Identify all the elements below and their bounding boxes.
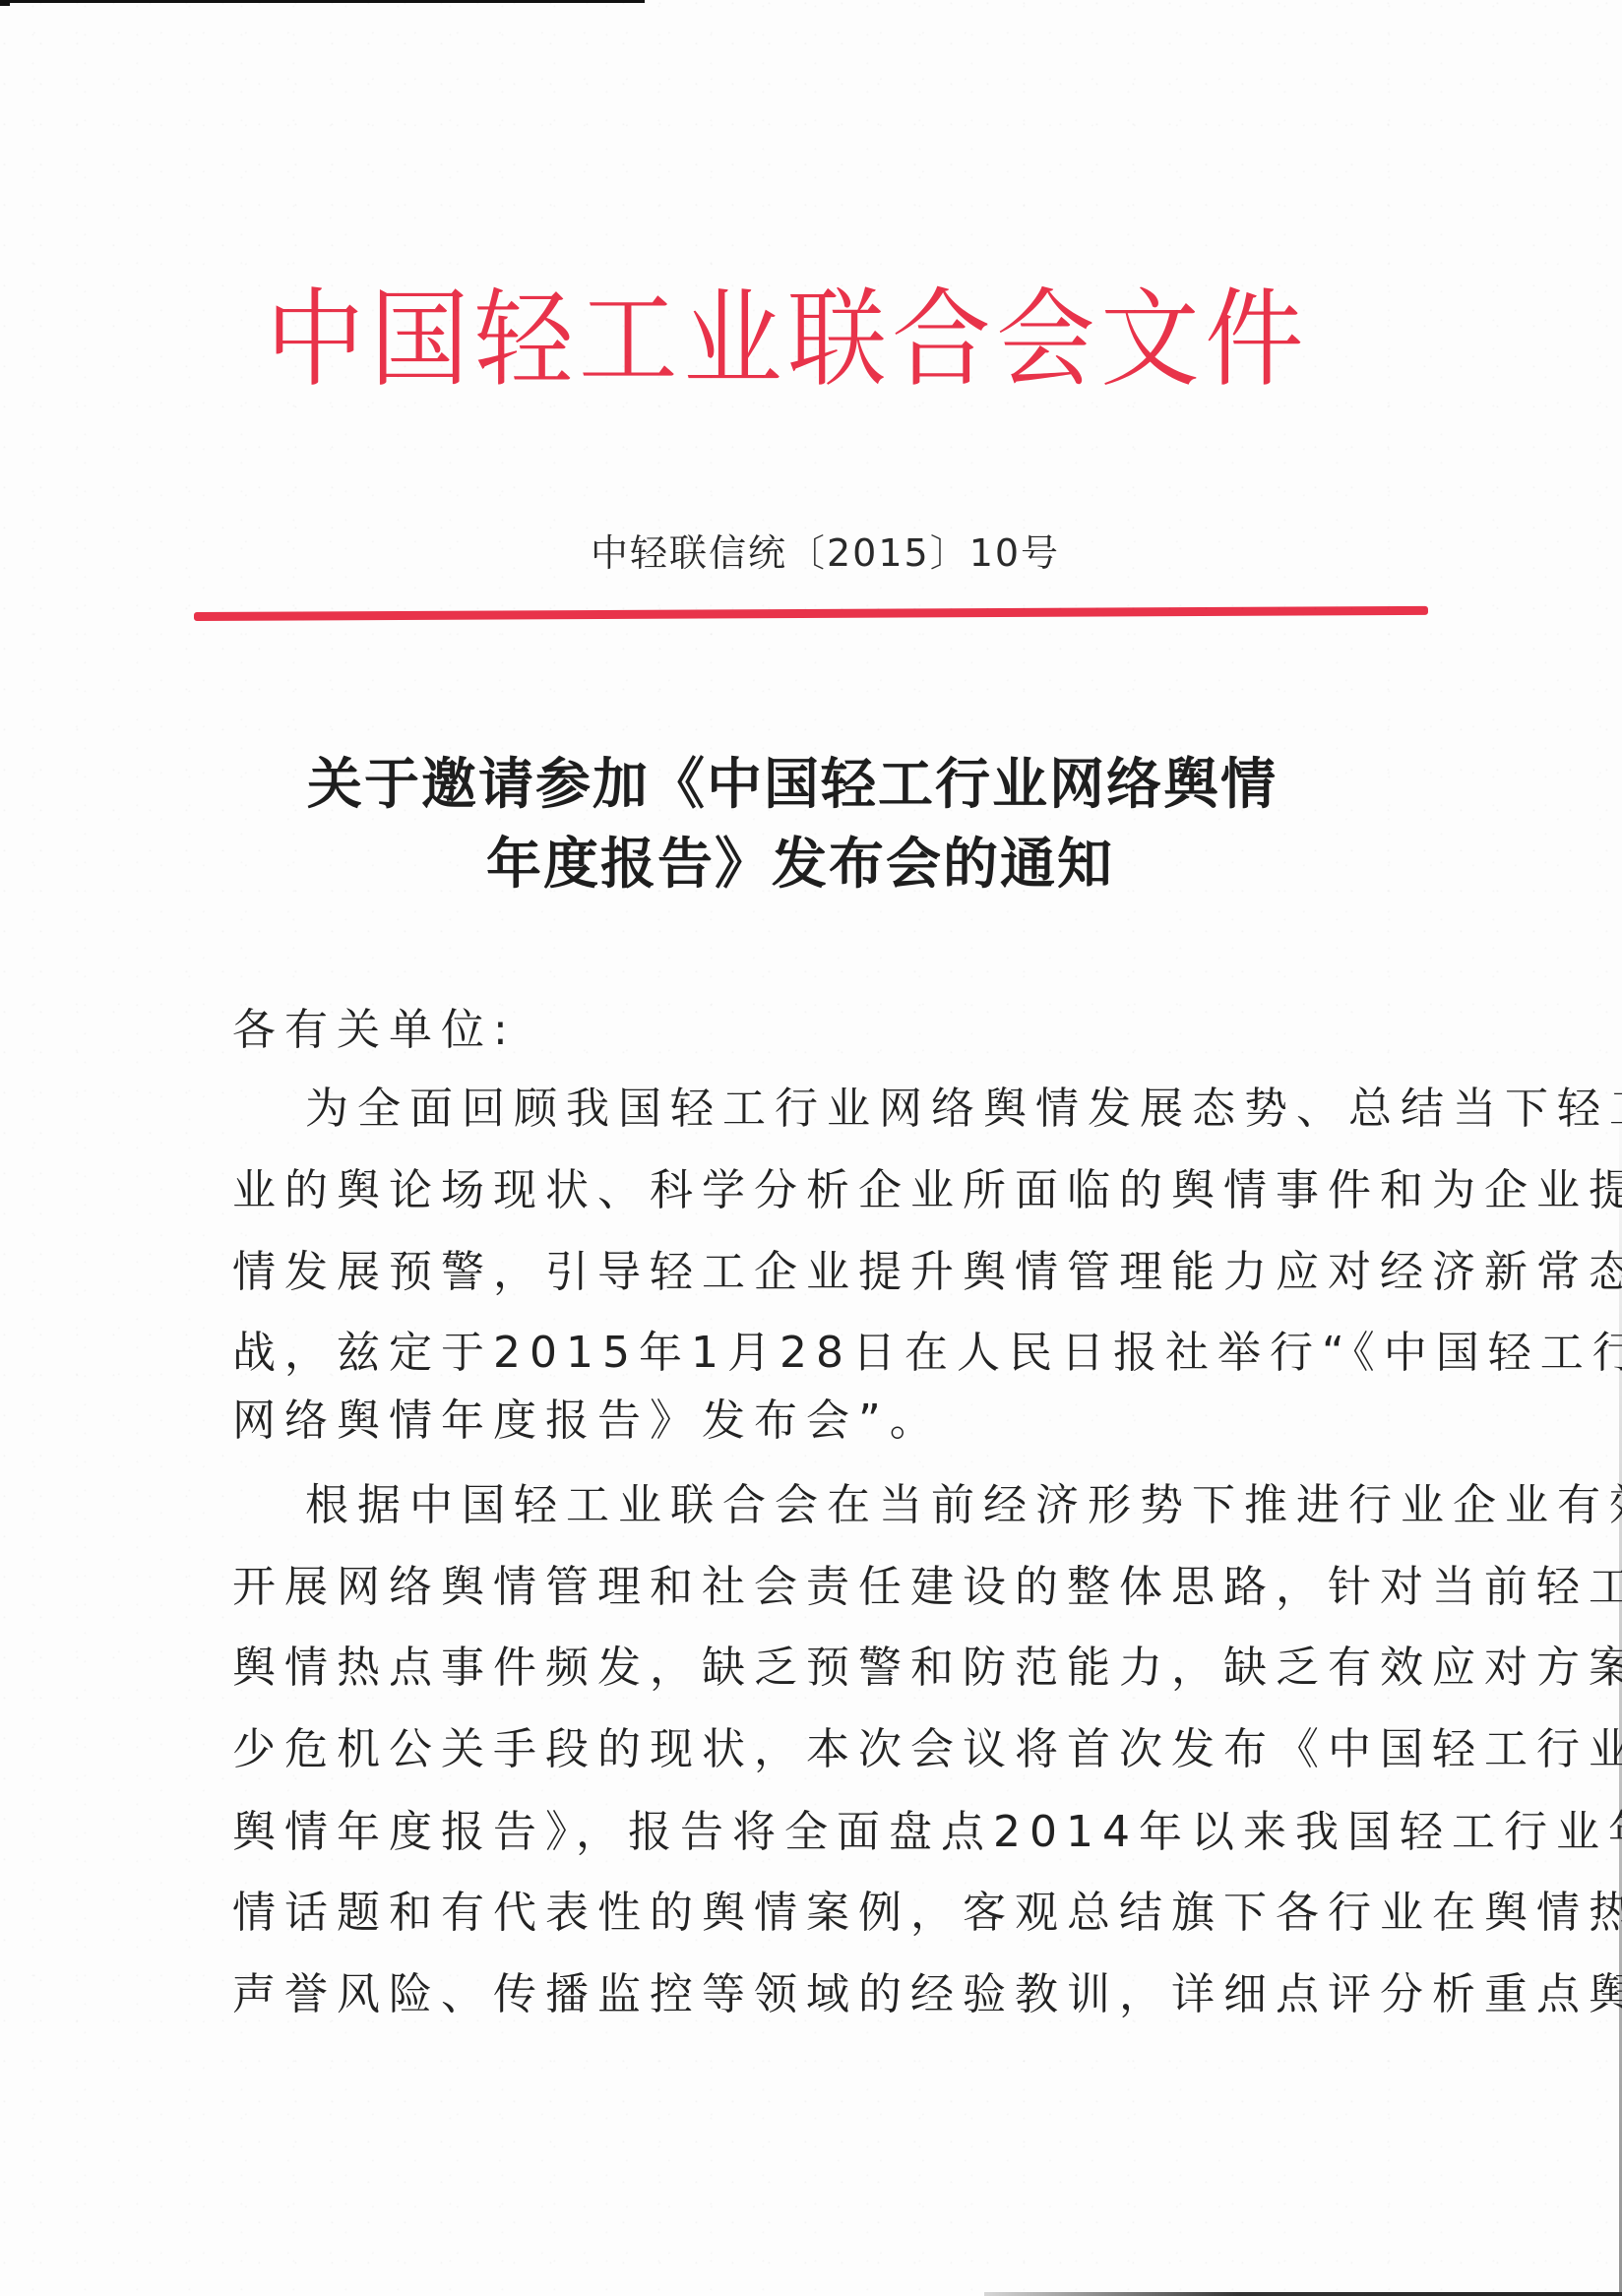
scan-border-bottom — [984, 2292, 1622, 2296]
notice-title-line-2: 年度报告》发布会的通知 — [486, 833, 1114, 898]
paragraph-1-line-4: 战，兹定于2015年1月28日在人民日报社举行“《中国轻工行业 — [232, 1326, 1622, 1381]
paragraph-2-line-2: 开展网络舆情管理和社会责任建设的整体思路，针对当前轻工行业 — [232, 1560, 1622, 1615]
paragraph-2-line-4: 少危机公关手段的现状，本次会议将首次发布《中国轻工行业网络 — [232, 1722, 1622, 1777]
salutation: 各有关单位: — [232, 1003, 517, 1058]
paragraph-1-line-5: 网络舆情年度报告》发布会”。 — [232, 1394, 942, 1449]
paragraph-2-line-6: 情话题和有代表性的舆情案例，客观总结旗下各行业在舆情热点、 — [232, 1886, 1622, 1941]
paragraph-2-line-7: 声誉风险、传播监控等领域的经验教训，详细点评分析重点舆情案 — [232, 1967, 1622, 2022]
red-divider-rule — [194, 606, 1428, 621]
document-page: 中国轻工业联合会文件 中轻联信统〔2015〕10号 关于邀请参加《中国轻工行业网… — [0, 0, 1622, 2296]
notice-title-line-1: 关于邀请参加《中国轻工行业网络舆情 — [307, 753, 1278, 818]
paragraph-2-line-5: 舆情年度报告》，报告将全面盘点2014年以来我国轻工行业年度舆 — [232, 1805, 1622, 1860]
paragraph-1-line-3: 情发展预警，引导轻工企业提升舆情管理能力应对经济新常态的挑 — [232, 1245, 1622, 1300]
scan-border-top-corner — [0, 3, 10, 6]
masthead-title: 中国轻工业联合会文件 — [266, 281, 1281, 400]
scan-border-top — [0, 0, 645, 3]
document-number: 中轻联信统〔2015〕10号 — [591, 529, 1060, 577]
paragraph-1-line-1: 为全面回顾我国轻工行业网络舆情发展态势、总结当下轻工行 — [305, 1082, 1622, 1137]
paragraph-2-line-3: 舆情热点事件频发，缺乏预警和防范能力，缺乏有效应对方案，缺 — [232, 1641, 1622, 1696]
paragraph-1-line-2: 业的舆论场现状、科学分析企业所面临的舆情事件和为企业提供舆 — [232, 1163, 1622, 1218]
paragraph-2-line-1: 根据中国轻工业联合会在当前经济形势下推进行业企业有效 — [305, 1478, 1622, 1533]
